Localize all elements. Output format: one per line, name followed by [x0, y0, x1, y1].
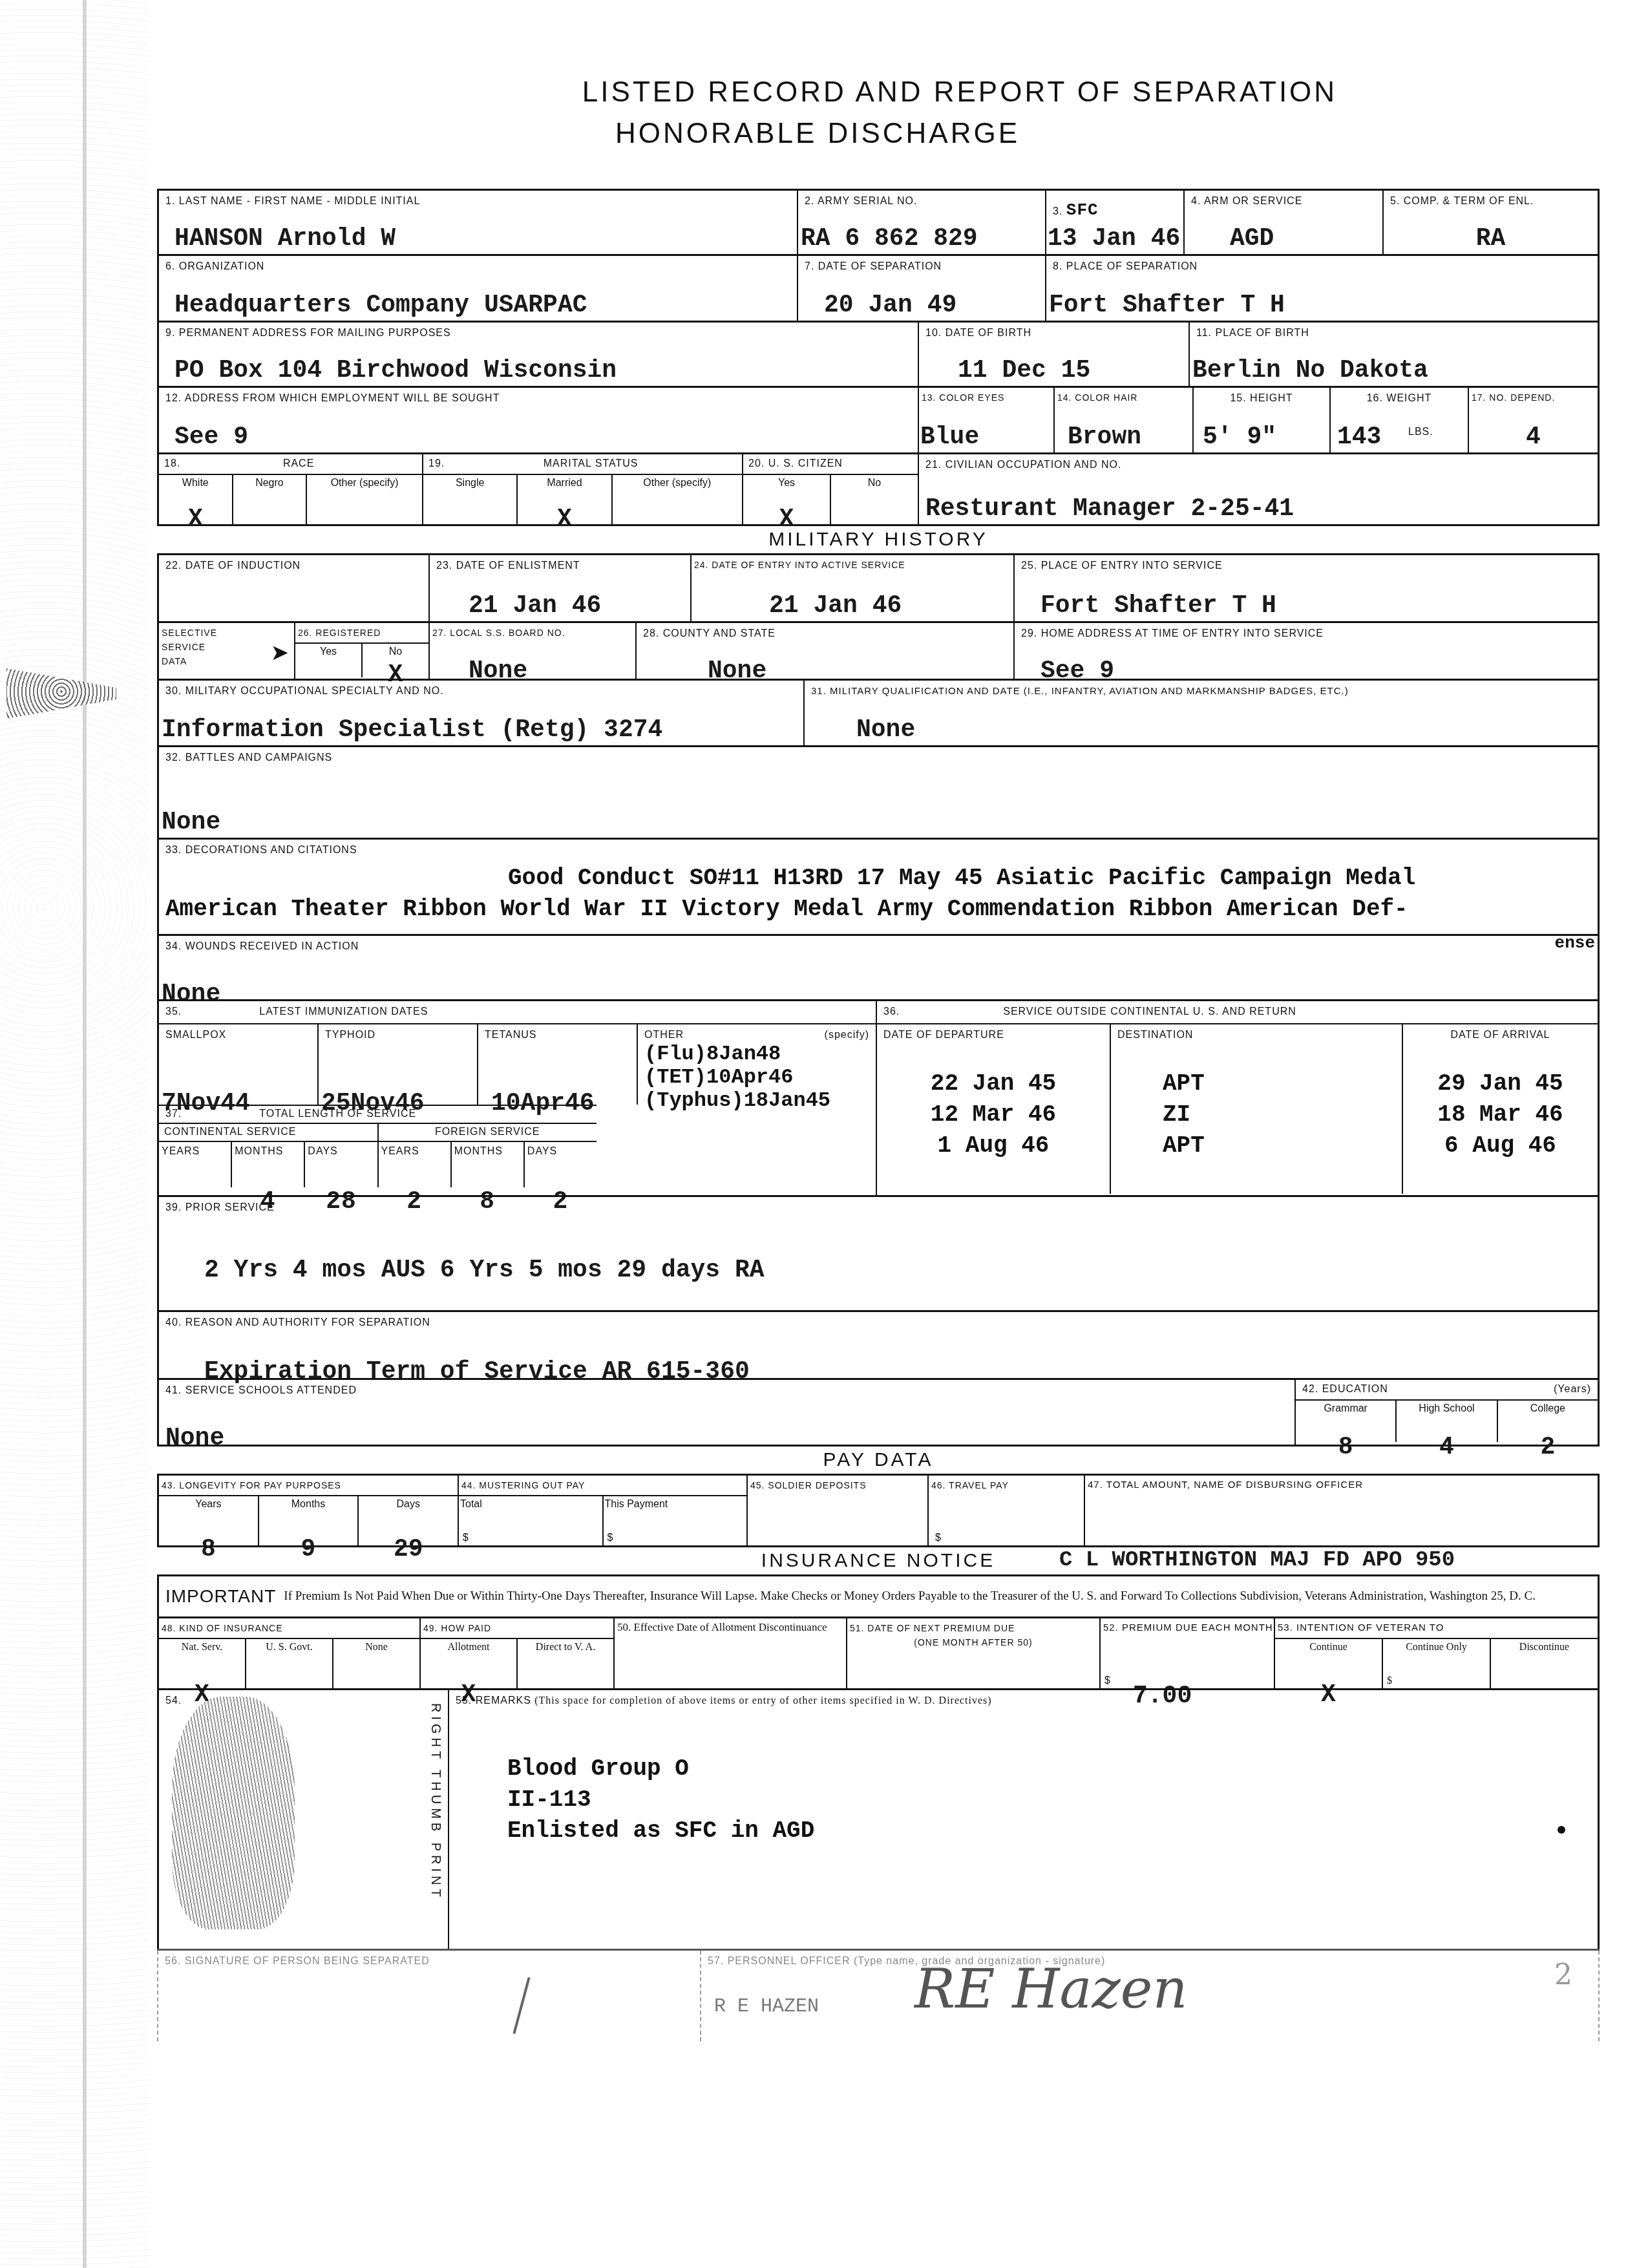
field-place-birth[interactable]: 11. Place of Birth Berlin No Dakota [1188, 323, 1600, 386]
row-organization: 6. Organization Headquarters Company USA… [157, 254, 1600, 321]
field-education: 42. Education(Years) Grammar8 High Schoo… [1294, 1380, 1600, 1445]
row-schools-education: 41. Service Schools Attended None 42. Ed… [157, 1378, 1600, 1445]
row-thumb-remarks: 54. RIGHT THUMB PRINT 55. Remarks (This … [157, 1688, 1600, 1949]
field-premium-due[interactable]: 52. Premium Due Each Month $ 7.00 [1099, 1618, 1274, 1688]
field-color-eyes[interactable]: 13. Color Eyes Blue [918, 388, 1053, 452]
field-race: 18.Race WhiteX Negro Other (specify) [157, 454, 422, 524]
arrow-right-icon: ➤ [271, 640, 290, 666]
row-pay: 43. Longevity for Pay Purposes Years8 Mo… [157, 1474, 1600, 1545]
field-disbursing-officer[interactable]: 47. Total Amount, Name of Disbursing Off… [1084, 1476, 1600, 1545]
row-important: IMPORTANT If Premium Is Not Paid When Du… [157, 1574, 1600, 1616]
field-employment-address[interactable]: 12. Address from which Employment will b… [157, 388, 918, 452]
field-wounds[interactable]: 34. Wounds Received in Action None [157, 936, 1600, 999]
scan-noise-left [0, 0, 149, 2268]
field-service-schools[interactable]: 41. Service Schools Attended None [157, 1380, 1294, 1445]
name-value: HANSON Arnold W [174, 225, 396, 253]
field-how-paid: 49. How Paid AllotmentX Direct to V. A. [419, 1618, 613, 1688]
marital-married-checkbox[interactable]: MarriedX [516, 475, 611, 524]
intention-discontinue[interactable]: Discontinue [1490, 1639, 1598, 1688]
service-outside-us-block: 36.Service Outside Continental U. S. and… [876, 1001, 1600, 1195]
scan-edge [83, 0, 87, 2268]
intention-continue-only[interactable]: Continue Only$ [1382, 1639, 1490, 1688]
row-specialty: 30. Military Occupational Specialty and … [157, 679, 1600, 745]
field-color-hair[interactable]: 14. Color Hair Brown [1053, 388, 1192, 452]
form-title: LISTED RECORD AND REPORT OF SEPARATION [136, 76, 1648, 109]
separation-form: 1. Last Name - First Name - Middle Initi… [157, 189, 1600, 2041]
typhoid-field[interactable]: Typhoid 25Nov46 [317, 1024, 477, 1105]
field-travel-pay[interactable]: 46. Travel Pay $ [927, 1476, 1084, 1545]
paid-allotment[interactable]: AllotmentX [421, 1639, 516, 1688]
row-entry: 22. Date of Induction 23. Date of Enlist… [157, 553, 1600, 621]
immunization-block: 35.Latest Immunization Dates Smallpox 7N… [157, 1001, 876, 1195]
field-place-entry[interactable]: 25. Place of Entry into Service Fort Sha… [1013, 555, 1600, 621]
field-induction-date[interactable]: 22. Date of Induction [157, 555, 428, 621]
foreign-days[interactable]: Days2 [523, 1142, 597, 1187]
race-negro-checkbox[interactable]: Negro [232, 475, 306, 524]
field-organization[interactable]: 6. Organization Headquarters Company USA… [157, 256, 797, 321]
field-mailing-address[interactable]: 9. Permanent Address for Mailing Purpose… [157, 323, 918, 386]
field-prior-service[interactable]: 39. Prior Service 2 Yrs 4 mos AUS 6 Yrs … [157, 1197, 1600, 1310]
military-history-heading: MILITARY HISTORY [157, 524, 1600, 553]
registered-no-checkbox[interactable]: NoX [361, 644, 428, 677]
field-arm-service[interactable]: 4. Arm or Service AGD [1183, 191, 1382, 254]
field-personnel-officer[interactable]: 57. Personnel Officer (Type name, grade … [700, 1951, 1600, 2041]
continental-days[interactable]: Days28 [304, 1142, 377, 1187]
field-serial-no[interactable]: 2. Army Serial No. RA 6 862 829 [797, 191, 1045, 254]
field-signature-separated[interactable]: 56. Signature of Person Being Separated [157, 1951, 700, 2041]
important-notice: IMPORTANT If Premium Is Not Paid When Du… [157, 1576, 1600, 1616]
field-date-birth[interactable]: 10. Date of Birth 11 Dec 15 [918, 323, 1188, 386]
row-prior-service: 39. Prior Service 2 Yrs 4 mos AUS 6 Yrs … [157, 1195, 1600, 1310]
continental-years[interactable]: Years [159, 1142, 231, 1187]
row-immunization-service: 35.Latest Immunization Dates Smallpox 7N… [157, 999, 1600, 1195]
registered-yes-checkbox[interactable]: Yes [295, 644, 361, 677]
longevity-years[interactable]: Years8 [159, 1496, 258, 1545]
mustering-this-payment[interactable]: This Payment$ [602, 1496, 747, 1545]
field-citizen: 20. U. S. Citizen YesX No [742, 454, 918, 524]
row-decorations: 33. Decorations and Citations Good Condu… [157, 838, 1600, 934]
field-registered: 26. Registered Yes NoX [294, 623, 428, 679]
citizen-no-checkbox[interactable]: No [830, 475, 918, 524]
field-thumbprint: 54. RIGHT THUMB PRINT [157, 1690, 448, 1949]
other-immunization-field[interactable]: Other(specify) (Flu)8Jan48 (TET)10Apr46 … [637, 1024, 876, 1105]
field-soldier-deposits[interactable]: 45. Soldier Deposits [746, 1476, 927, 1545]
field-marital-status: 19.Marital Status Single MarriedX Other … [422, 454, 742, 524]
thumbprint-image [172, 1697, 295, 1929]
field-name[interactable]: 1. Last Name - First Name - Middle Initi… [157, 191, 797, 254]
insurance-none[interactable]: None [332, 1639, 419, 1688]
row-status: 18.Race WhiteX Negro Other (specify) 19.… [157, 452, 1600, 524]
mustering-total[interactable]: Total$ [459, 1496, 602, 1545]
form-subtitle: HONORABLE DISCHARGE [0, 118, 1642, 150]
row-battles: 32. Battles and Campaigns None [157, 745, 1600, 838]
signature-stroke [512, 1977, 530, 2034]
paid-direct-va[interactable]: Direct to V. A. [516, 1639, 613, 1688]
tetanus-field[interactable]: Tetanus 10Apr46 [477, 1024, 637, 1105]
foreign-years[interactable]: Years2 [377, 1142, 450, 1187]
field-veteran-intention: 53. Intention of Veteran To ContinueX Co… [1274, 1618, 1600, 1688]
field-mustering-out-pay: 44. Mustering Out Pay Total$ This Paymen… [458, 1476, 746, 1545]
row-wounds: 34. Wounds Received in Action None [157, 934, 1600, 999]
destination-column: Destination APT ZI APT [1110, 1024, 1402, 1194]
marital-other-checkbox[interactable]: Other (specify) [611, 475, 742, 524]
insurance-us-govt[interactable]: U. S. Govt. [245, 1639, 332, 1688]
insurance-nat-serv[interactable]: Nat. Serv.X [159, 1639, 245, 1688]
departure-column: Date of Departure 22 Jan 45 12 Mar 46 1 … [877, 1024, 1110, 1194]
intention-continue[interactable]: ContinueX [1275, 1639, 1382, 1688]
field-civilian-occupation[interactable]: 21. Civilian Occupation and No. Resturan… [918, 454, 1600, 524]
field-remarks[interactable]: 55. Remarks (This space for completion o… [448, 1690, 1600, 1949]
race-white-checkbox[interactable]: WhiteX [159, 475, 232, 524]
foreign-months[interactable]: Months8 [450, 1142, 523, 1187]
page-mark: 2 [1554, 1958, 1572, 1991]
row-physical: 12. Address from which Employment will b… [157, 386, 1600, 452]
field-occupational-specialty[interactable]: 30. Military Occupational Specialty and … [157, 681, 803, 745]
row-signatures: 56. Signature of Person Being Separated … [157, 1949, 1600, 2041]
selective-service-label: Selective Service Data ➤ [157, 623, 294, 679]
field-weight[interactable]: 16. Weight 143 LBS. [1329, 388, 1468, 452]
continental-months[interactable]: Months4 [231, 1142, 304, 1187]
stamp-dot [1558, 1826, 1565, 1834]
longevity-months[interactable]: Months9 [258, 1496, 358, 1545]
education-grammar[interactable]: Grammar8 [1296, 1401, 1395, 1442]
field-allotment-discontinuance[interactable]: 50. Effective Date of Allotment Disconti… [613, 1618, 846, 1688]
row-address: 9. Permanent Address for Mailing Purpose… [157, 321, 1600, 386]
field-county-state[interactable]: 28. County and State None [635, 623, 1013, 679]
smallpox-field[interactable]: Smallpox 7Nov44 [159, 1024, 317, 1105]
arrival-column: Date of Arrival 29 Jan 45 18 Mar 46 6 Au… [1402, 1024, 1598, 1194]
field-enlistment-date[interactable]: 23. Date of Enlistment 21 Jan 46 [428, 555, 690, 621]
field-date-separation[interactable]: 7. Date of Separation 20 Jan 49 [797, 256, 1045, 321]
field-home-address-entry[interactable]: 29. Home Address at Time of Entry into S… [1013, 623, 1600, 679]
field-decorations[interactable]: 33. Decorations and Citations Good Condu… [157, 840, 1600, 934]
field-active-service-date[interactable]: 24. Date of Entry into Active Service 21… [690, 555, 1013, 621]
row-identity: 1. Last Name - First Name - Middle Initi… [157, 189, 1600, 254]
row-selective-service: Selective Service Data ➤ 26. Registered … [157, 621, 1600, 679]
field-battles-campaigns[interactable]: 32. Battles and Campaigns None [157, 747, 1600, 838]
field-grade[interactable]: 3. SFC 13 Jan 46 [1045, 191, 1183, 254]
field-height[interactable]: 15. Height 5' 9" [1192, 388, 1329, 452]
field-dependents[interactable]: 17. No. Depend. 4 [1468, 388, 1600, 452]
marital-single-checkbox[interactable]: Single [423, 475, 516, 524]
longevity-days[interactable]: Days29 [357, 1496, 458, 1545]
row-reason: 40. Reason and Authority for Separation … [157, 1310, 1600, 1378]
race-other-checkbox[interactable]: Other (specify) [306, 475, 422, 524]
field-place-separation[interactable]: 8. Place of Separation Fort Shafter T H [1045, 256, 1600, 321]
field-separation-reason[interactable]: 40. Reason and Authority for Separation … [157, 1312, 1600, 1378]
education-college[interactable]: College2 [1497, 1401, 1598, 1442]
row-insurance: 48. Kind of Insurance Nat. Serv.X U. S. … [157, 1616, 1600, 1688]
field-qualification[interactable]: 31. Military Qualification and Date (i.e… [803, 681, 1600, 745]
field-comp-term[interactable]: 5. Comp. & Term of Enl. RA [1382, 191, 1600, 254]
citizen-yes-checkbox[interactable]: YesX [743, 475, 830, 524]
education-high-school[interactable]: High School4 [1395, 1401, 1496, 1442]
field-local-board[interactable]: 27. Local S.S. Board No. None [428, 623, 635, 679]
field-kind-insurance: 48. Kind of Insurance Nat. Serv.X U. S. … [157, 1618, 419, 1688]
officer-signature: RE Hazen [914, 1957, 1188, 2020]
field-longevity: 43. Longevity for Pay Purposes Years8 Mo… [157, 1476, 458, 1545]
field-next-premium-date[interactable]: 51. Date of Next Premium Due (One Month … [846, 1618, 1099, 1688]
